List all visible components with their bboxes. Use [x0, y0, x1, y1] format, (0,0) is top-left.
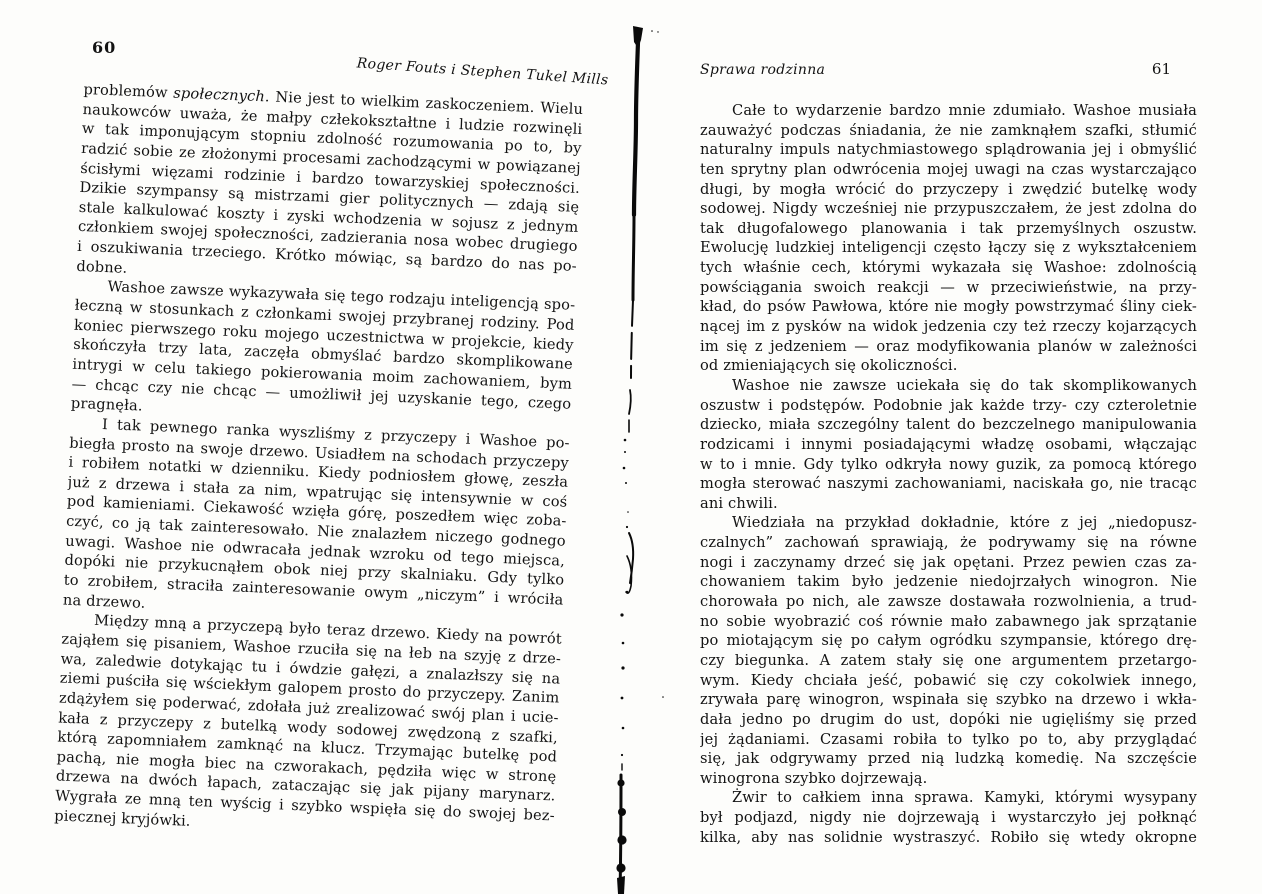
text-line: kład, do psów Pawłowa, które nie mogły p… [700, 297, 1197, 317]
text-line: chowaniem takim było jedzenie niedojrzał… [700, 572, 1197, 592]
text-line: winogrona szybko dojrzewają. [700, 769, 1197, 789]
text-line: chorowała po nich, ale zawsze dostawała … [700, 592, 1197, 612]
right-page-body: Całe to wydarzenie bardzo mnie zdumiało.… [700, 101, 1197, 847]
text-line: kilka, aby nas solidnie wystraszyć. Robi… [700, 828, 1197, 848]
text-line: się, jak odgrywamy przed nią ludzką kome… [700, 749, 1197, 769]
right-page-header: Sprawa rodzinna 61 [700, 60, 1197, 78]
left-page-body: problemów społecznych. Nie jest to wielk… [54, 80, 584, 846]
text-line: zauważyć podczas śniadania, że nie zamkn… [700, 121, 1197, 141]
text-line: w to i mnie. Gdy tylko odkryła nowy guzi… [700, 455, 1197, 475]
text-line: Washoe nie zawsze uciekała się do tak sk… [700, 376, 1197, 396]
text-line: Żwir to całkiem inna sprawa. Kamyki, któ… [700, 788, 1197, 808]
text-line: nącej im z pysków na widok jedzenia czy … [700, 317, 1197, 337]
text-line: wym. Kiedy chciała jeść, pobawić się czy… [700, 671, 1197, 691]
paragraph: Washoe zawsze wykazywała się tego rodzaj… [70, 276, 575, 433]
text-line: po miotającym się po całym ogródku szymp… [700, 631, 1197, 651]
text-line: Ewolucję ludzkiej inteligencji często łą… [700, 238, 1197, 258]
paragraph: Wiedziała na przykład dokładnie, które z… [700, 513, 1197, 788]
text-line: oszustw i podstępów. Podobnie jak każde … [700, 396, 1197, 416]
paragraph: problemów społecznych. Nie jest to wielk… [76, 80, 583, 296]
text-line: nogi i zaczynamy drzeć się jak opętani. … [700, 553, 1197, 573]
text-line: Wiedziała na przykład dokładnie, które z… [700, 513, 1197, 533]
paragraph: Między mną a przyczepą było teraz drzewo… [54, 610, 562, 846]
text-line: ten sprytny plan odwrócenia mojej uwagi … [700, 160, 1197, 180]
text-line: naturalny impuls natychmiastowego splądr… [700, 140, 1197, 160]
text-line: no sobie wyobrazić coś równie mało zabaw… [700, 612, 1197, 632]
text-line: jej żądaniami. Czasami robiła to tylko p… [700, 730, 1197, 750]
text-line: od zmieniających się okoliczności. [700, 356, 1197, 376]
text-line: dziecko, miała szczególny talent do bezc… [700, 415, 1197, 435]
paragraph: Washoe nie zawsze uciekała się do tak sk… [700, 376, 1197, 513]
text-line: czalnych” zachowań sprawiają, że podrywa… [700, 533, 1197, 553]
text-line: długi, by mogła wrócić do przyczepy i zw… [700, 180, 1197, 200]
text-line: był podjazd, nigdy nie dojrzewają i wyst… [700, 808, 1197, 828]
text-line: powściągania swoich reakcji — w przeciwi… [700, 278, 1197, 298]
text-line: im się z jedzeniem — oraz modyfikowania … [700, 337, 1197, 357]
text-line: ani chwili. [700, 494, 1197, 514]
paragraph: I tak pewnego ranka wyszliśmy z przyczep… [63, 414, 570, 630]
text-line: rodzicami i innymi posiadającymi władzę … [700, 435, 1197, 455]
paragraph: Żwir to całkiem inna sprawa. Kamyki, któ… [700, 788, 1197, 847]
text-line: mogła sterować naszymi zachowaniami, nac… [700, 474, 1197, 494]
left-page-content: Roger Fouts i Stephen Tukel Mills proble… [54, 52, 585, 846]
text-line: sodowej. Nigdy wcześniej nie przypuszcza… [700, 199, 1197, 219]
left-running-head: Roger Fouts i Stephen Tukel Mills [356, 55, 609, 88]
text-line: tak długofalowego planowania i tak przem… [700, 219, 1197, 239]
text-line: dała jedno po drugim do ust, dopóki nie … [700, 710, 1197, 730]
right-running-head: Sprawa rodzinna [700, 62, 825, 78]
right-page-number: 61 [1152, 60, 1197, 78]
text-line: czy biegunka. A zatem stały się one argu… [700, 651, 1197, 671]
text-line: tych właśnie cech, którymi wykazała się … [700, 258, 1197, 278]
text-line: Całe to wydarzenie bardzo mnie zdumiało.… [700, 101, 1197, 121]
binding-shadow [600, 0, 670, 894]
paragraph: Całe to wydarzenie bardzo mnie zdumiało.… [700, 101, 1197, 376]
text-line: zrywała parę winogron, wspinała się szyb… [700, 690, 1197, 710]
right-page: Sprawa rodzinna 61 Całe to wydarzenie ba… [700, 60, 1197, 847]
book-spread: 60 Roger Fouts i Stephen Tukel Mills pro… [0, 0, 1262, 894]
